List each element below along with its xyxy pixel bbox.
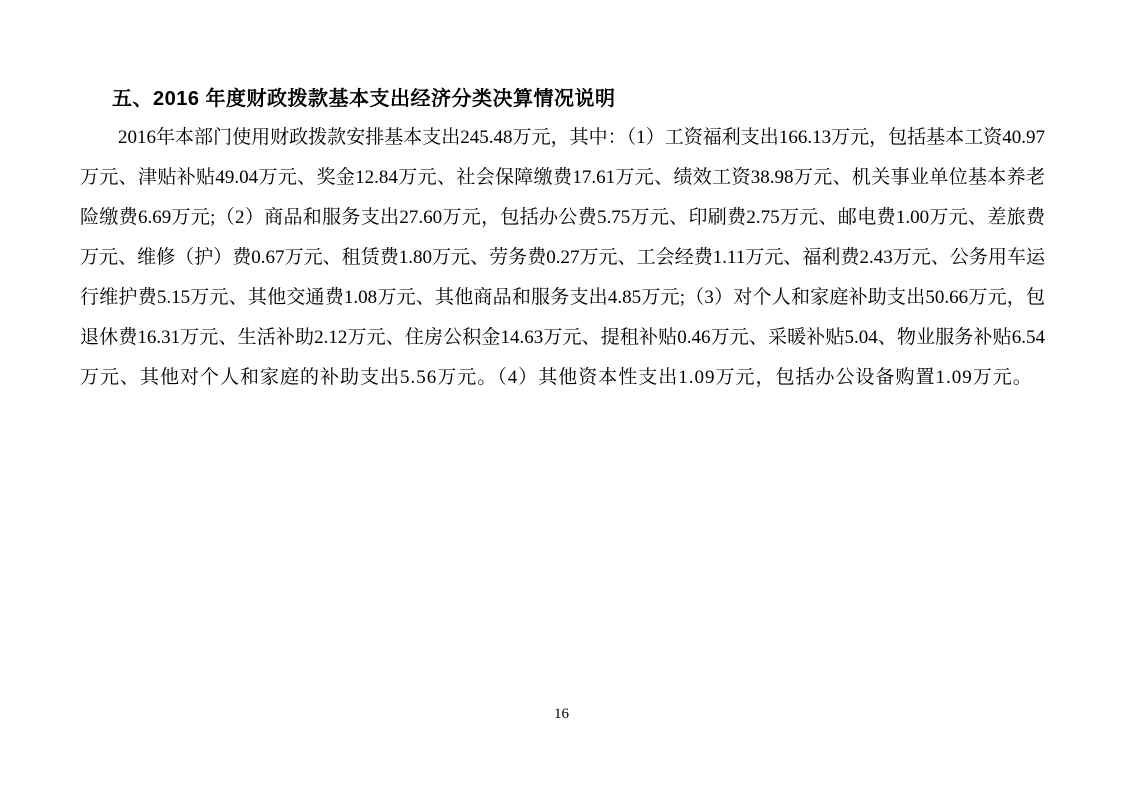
body-paragraph: 2016年本部门使用财政拨款安排基本支出245.48万元，其中：（1）工资福利支… <box>80 118 1045 398</box>
document-page: 五、2016 年度财政拨款基本支出经济分类决算情况说明 2016年本部门使用财政… <box>0 0 1123 794</box>
paragraph-line: 万元、津贴补贴49.04万元、奖金12.84万元、社会保障缴费17.61万元、绩… <box>80 158 1045 198</box>
paragraph-line: 行维护费5.15万元、其他交通费1.08万元、其他商品和服务支出4.85万元;（… <box>80 278 1045 318</box>
paragraph-line: 2016年本部门使用财政拨款安排基本支出245.48万元，其中：（1）工资福利支… <box>80 118 1045 158</box>
section-heading: 五、2016 年度财政拨款基本支出经济分类决算情况说明 <box>112 87 616 111</box>
paragraph-line: 险缴费6.69万元;（2）商品和服务支出27.60万元，包括办公费5.75万元、… <box>80 198 1045 238</box>
paragraph-line: 万元、其他对个人和家庭的补助支出5.56万元。（4）其他资本性支出1.09万元，… <box>80 358 1045 398</box>
paragraph-line: 万元、维修（护）费0.67万元、租赁费1.80万元、劳务费0.27万元、工会经费… <box>80 238 1045 278</box>
paragraph-line: 退休费16.31万元、生活补助2.12万元、住房公积金14.63万元、提租补贴0… <box>80 318 1045 358</box>
page-number: 16 <box>0 704 1123 724</box>
